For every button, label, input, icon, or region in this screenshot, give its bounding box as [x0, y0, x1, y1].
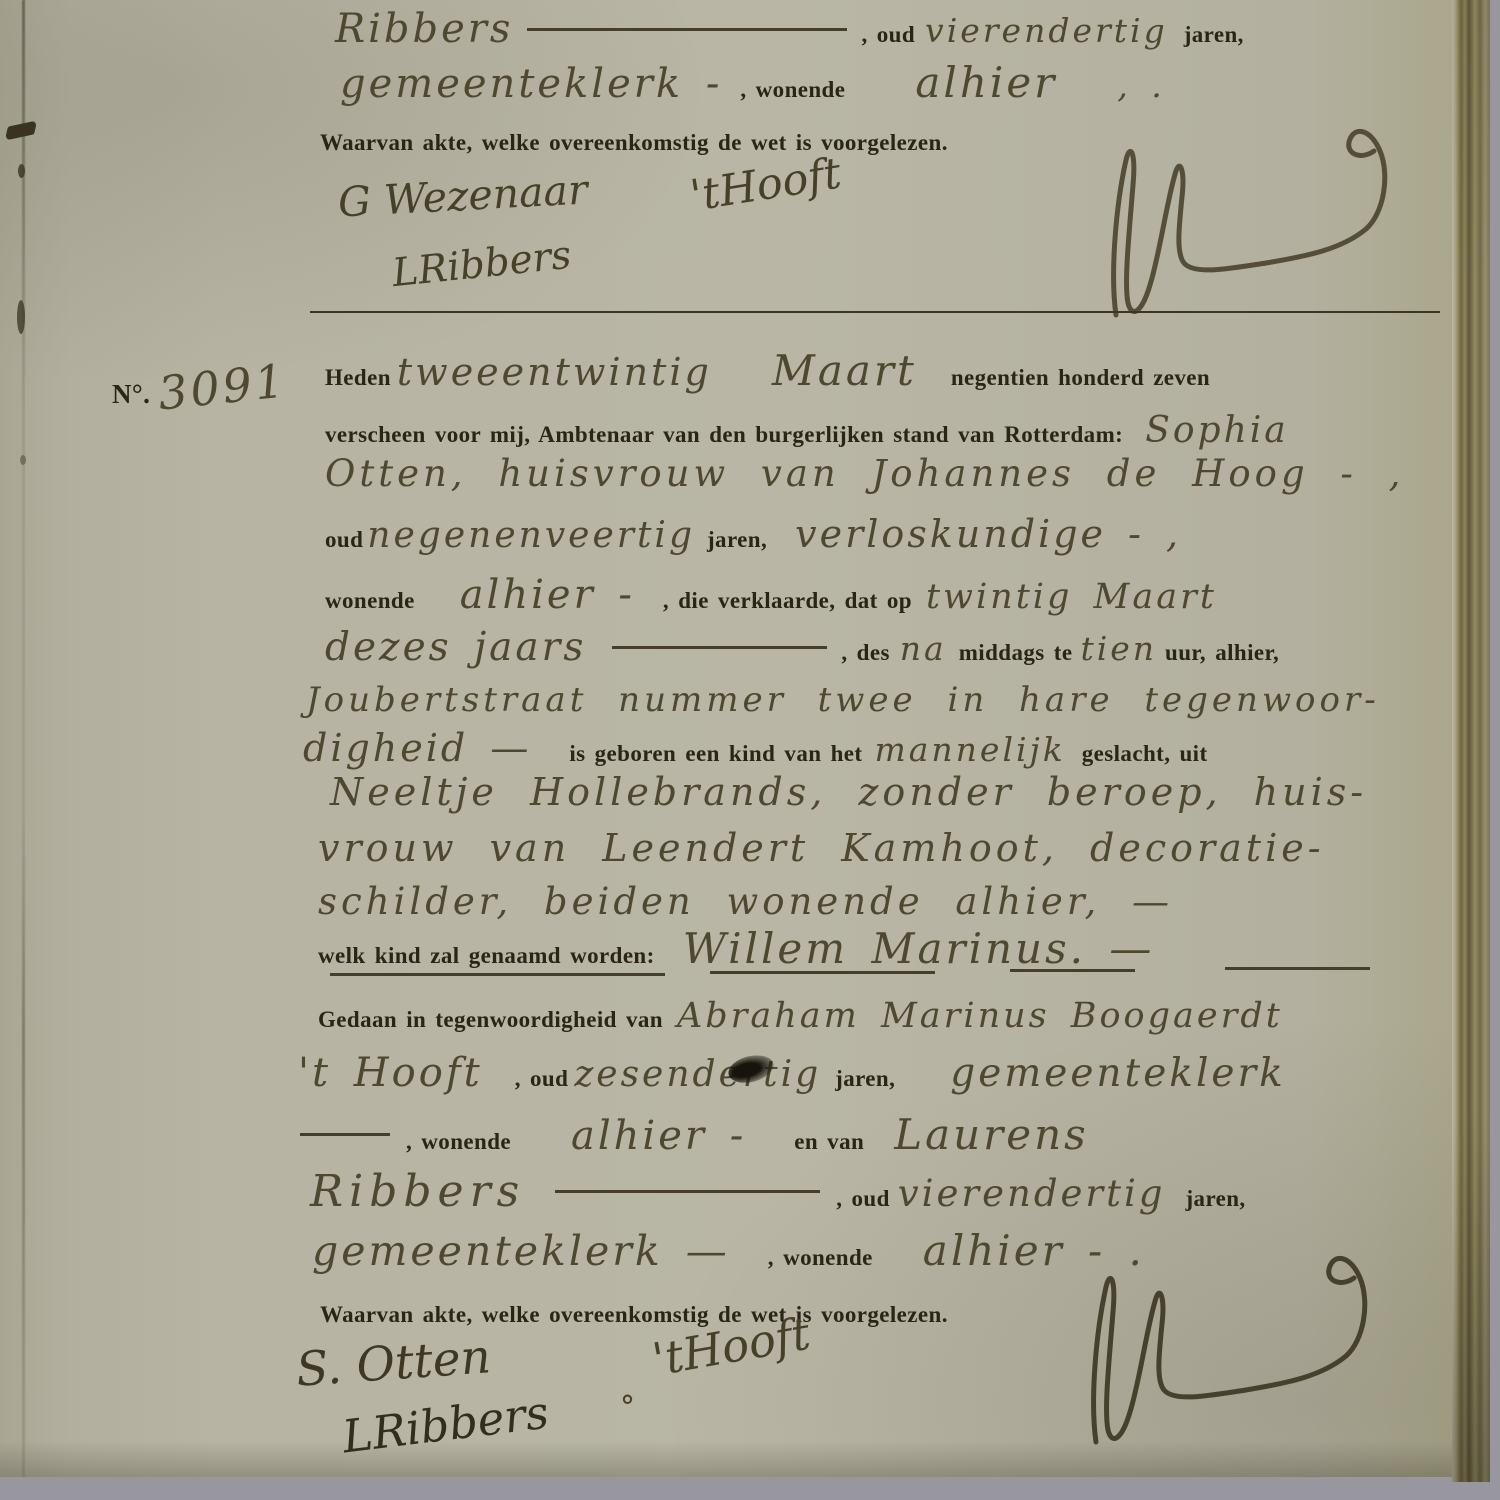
page-bottom-shadow — [0, 1441, 1452, 1477]
binding-stitch-mark — [20, 455, 26, 465]
witness1-age: zesendertig — [574, 1054, 821, 1095]
jaren-label: jaren, — [707, 527, 767, 553]
date-month: Maart — [772, 346, 917, 395]
registrar-flourish-signature — [1070, 115, 1410, 325]
en-van-label: en van — [794, 1129, 864, 1155]
signature-otten: S. Otten — [294, 1329, 492, 1397]
declarant-profession: verloskundige - , — [795, 512, 1181, 556]
signature-flourish-mark: ° — [620, 1390, 635, 1425]
act-gender-line: digheid — is geboren een kind van het ma… — [303, 726, 1208, 770]
witness1-name2: 't Hooft — [298, 1050, 483, 1096]
prev-witness-surname: Ribbers — [335, 6, 513, 52]
blank-filler-rule — [330, 973, 665, 976]
mother-residence: schilder, beiden wonende alhier, — — [318, 880, 1173, 923]
jaren-label: jaren, — [1185, 1186, 1245, 1212]
act-mother-line2: vrouw van Leendert Kamhoot, decoratie- — [318, 826, 1325, 870]
jaren-label: jaren, — [1184, 22, 1244, 48]
binding-stitch-mark — [17, 300, 25, 334]
line-end-mark: , . — [1117, 66, 1164, 105]
gedaan-label: Gedaan in tegenwoordigheid van — [318, 1007, 663, 1033]
act-naming-line: welk kind zal genaamd worden: Willem Mar… — [318, 924, 1154, 973]
act-number-label: N°. — [112, 379, 150, 410]
mother-husband: vrouw van Leendert Kamhoot, decoratie- — [318, 826, 1325, 870]
act-number-value: 3091 — [156, 353, 290, 420]
prev-witness-age: vierendertig — [925, 11, 1168, 50]
child-gender: mannelijk — [874, 730, 1065, 769]
act-official-line: verscheen voor mij, Ambtenaar van den bu… — [325, 410, 1289, 451]
witness2-first-name: Laurens — [894, 1110, 1089, 1159]
signature-ribbers-top: LRibbers — [390, 233, 573, 297]
declarant-first-name: Sophia — [1145, 410, 1289, 451]
uur-label: uur, alhier, — [1165, 640, 1279, 666]
prev-witness-role: gemeenteklerk - — [340, 61, 722, 107]
prev-act-witness-line: Ribbers , oud vierendertig jaren, — [335, 6, 1244, 52]
act-divider-line — [310, 311, 1440, 313]
blank-filler-rule — [1010, 969, 1135, 972]
oud-label: , oud — [861, 22, 915, 48]
act-date-line: Heden tweeentwintig Maart negentien hond… — [325, 346, 1210, 395]
prev-act-residence-line: gemeenteklerk - , wonende alhier , . — [340, 58, 1165, 107]
act-mother-line3: schilder, beiden wonende alhier, — — [318, 880, 1173, 923]
binding-stitch-mark — [18, 164, 25, 178]
witness2-role: gemeenteklerk — — [312, 1227, 730, 1275]
blank-filler-rule — [555, 1190, 820, 1193]
dezes-jaars: dezes jaars — [325, 625, 586, 670]
declarant-name-husband: Otten, huisvrouw van Johannes de Hoog - … — [325, 452, 1404, 495]
act-address-line: Joubertstraat nummer twee in hare tegenw… — [306, 680, 1380, 720]
date-day: tweeentwintig — [397, 350, 712, 394]
prev-act-closing-line: Waarvan akte, welke overeenkomstig de we… — [320, 130, 948, 156]
book-page-edges — [1452, 0, 1490, 1482]
oud-label: , oud — [836, 1186, 890, 1212]
act-witness2-line: Ribbers , oud vierendertig jaren, — [310, 1166, 1246, 1217]
date-year: negentien honderd zeven — [951, 365, 1210, 391]
des-label: , des — [841, 640, 889, 666]
wonende-label: , wonende — [406, 1129, 511, 1155]
blank-filler-rule — [612, 646, 827, 649]
binding-crease — [22, 0, 25, 1477]
mother-name: Neeltje Hollebrands, zonder beroep, huis… — [330, 770, 1367, 814]
blank-filler-rule — [1225, 967, 1370, 970]
act-number: N°. 3091 — [112, 360, 287, 414]
scanned-register-page: { "palette": { "paper": "#b6b3a2", "ink_… — [0, 0, 1500, 1500]
heden-label: Heden — [325, 365, 391, 391]
verklaarde-label: , die verklaarde, dat op — [663, 588, 912, 614]
act-witnesses-line: Gedaan in tegenwoordigheid van Abraham M… — [318, 996, 1283, 1036]
official-formula: verscheen voor mij, Ambtenaar van den bu… — [325, 422, 1123, 448]
scan-background: Ribbers , oud vierendertig jaren, gemeen… — [0, 0, 1500, 1500]
signature-wezenaar: G Wezenaar — [337, 166, 589, 227]
registrar-flourish-signature — [1050, 1222, 1390, 1472]
prev-witness-place: alhier — [915, 58, 1057, 107]
act-witness2-residence-line: gemeenteklerk — , wonende alhier - . — [312, 1226, 1145, 1275]
witness2-age: vierendertig — [898, 1172, 1166, 1215]
oud-label: , oud — [515, 1066, 569, 1092]
act-closing-line: Waarvan akte, welke overeenkomstig de we… — [320, 1302, 948, 1328]
birth-address: Joubertstraat nummer twee in hare tegenw… — [306, 680, 1380, 720]
closing-formula: Waarvan akte, welke overeenkomstig de we… — [320, 1302, 948, 1328]
child-name: Willem Marinus. — — [683, 924, 1155, 973]
act-hour-line: dezes jaars , des na middags te tien uur… — [325, 625, 1279, 670]
witness1-place: alhier - — [571, 1113, 746, 1159]
jaren-label: jaren, — [835, 1066, 895, 1092]
oud-label: oud — [325, 527, 363, 553]
declarant-place: alhier - — [460, 572, 635, 618]
document-page: Ribbers , oud vierendertig jaren, gemeen… — [0, 0, 1452, 1477]
middags-label: middags te — [959, 640, 1073, 666]
act-witness1-line: 't Hooft , oud zesendertig jaren, gemeen… — [298, 1050, 1286, 1096]
birth-hour: tien — [1080, 629, 1157, 668]
blank-filler-rule — [527, 28, 847, 31]
wonende-label: , wonende — [740, 77, 845, 103]
act-declarant-age-line: oud negenenveertig jaren, verloskundige … — [325, 512, 1181, 556]
binding-stitch-mark — [5, 120, 38, 140]
birth-date: twintig Maart — [926, 577, 1217, 617]
signature-thooft-top: 'tHooft — [687, 148, 845, 221]
blank-filler-rule — [300, 1133, 390, 1136]
geslacht-label: geslacht, uit — [1082, 741, 1208, 767]
act-declarant-residence-line: wonende alhier - , die verklaarde, dat o… — [325, 572, 1217, 618]
act-witness1-residence-line: , wonende alhier - en van Laurens — [300, 1110, 1089, 1159]
act-declarant-line: Otten, huisvrouw van Johannes de Hoog - … — [325, 452, 1404, 495]
blank-filler-rule — [710, 971, 935, 974]
act-mother-line1: Neeltje Hollebrands, zonder beroep, huis… — [330, 770, 1367, 814]
witness2-surname: Ribbers — [310, 1166, 525, 1217]
wonende-label: , wonende — [768, 1245, 873, 1271]
witness1-role: gemeenteklerk — [950, 1051, 1286, 1096]
wonende-label: wonende — [325, 588, 415, 614]
geboren-label: is geboren een kind van het — [569, 741, 862, 767]
declarant-age: negenenveertig — [367, 515, 695, 556]
closing-formula: Waarvan akte, welke overeenkomstig de we… — [320, 130, 948, 156]
digheid-value: digheid — — [303, 726, 531, 770]
witness1-name: Abraham Marinus Boogaerdt — [677, 996, 1283, 1036]
naming-label: welk kind zal genaamd worden: — [318, 943, 655, 969]
na-middags-value: na — [900, 629, 947, 668]
